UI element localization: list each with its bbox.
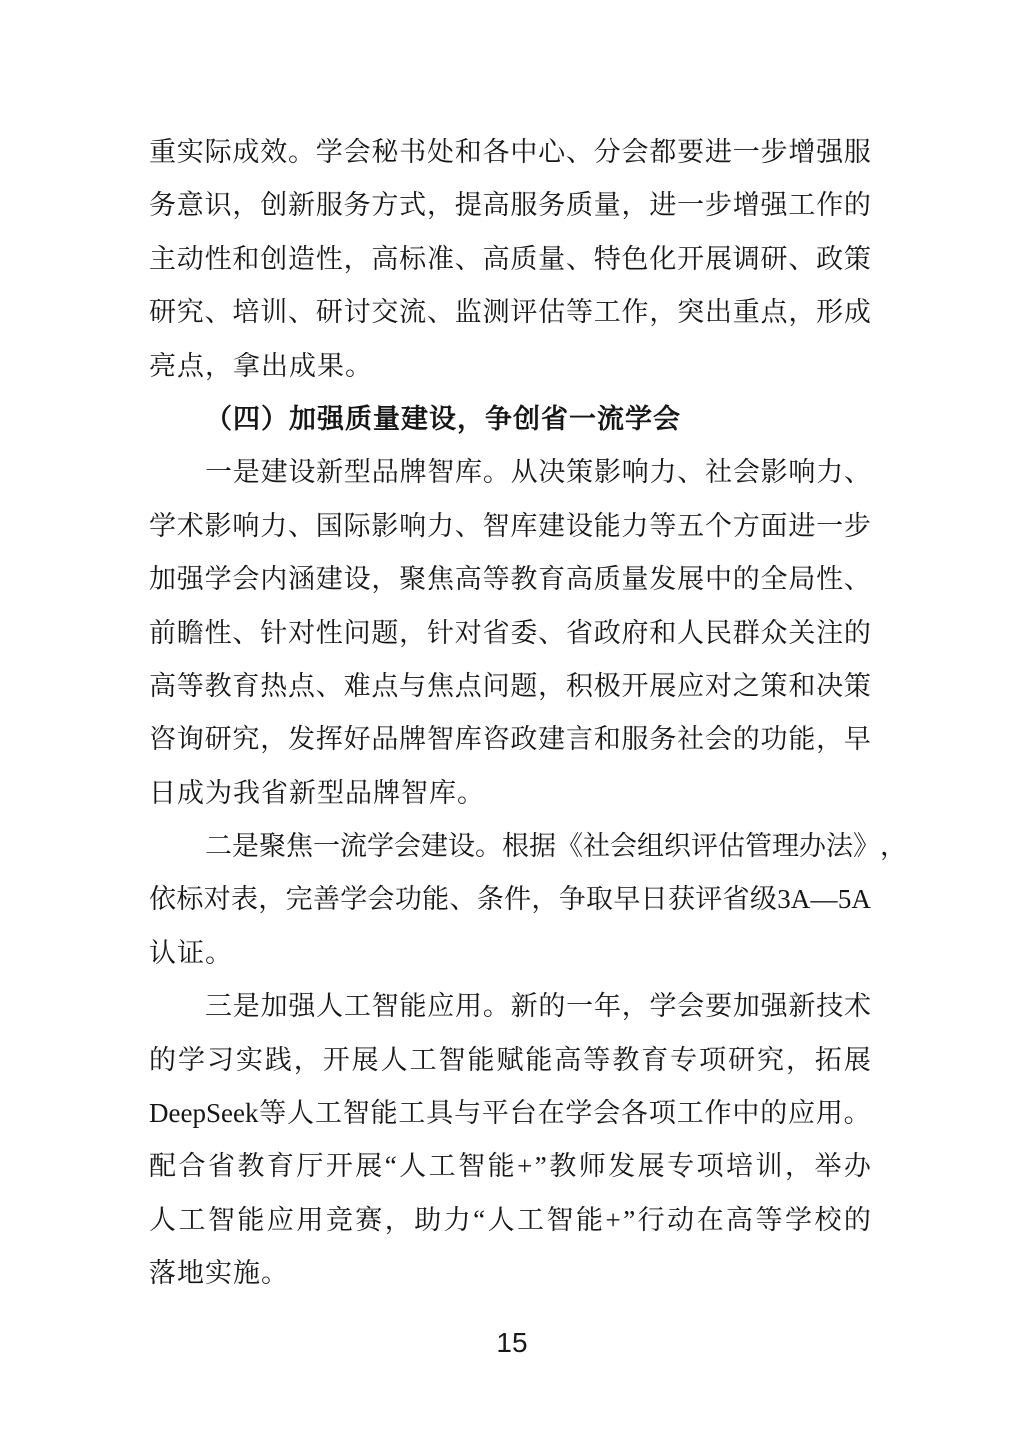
text-line: DeepSeek等人工智能工具与平台在学会各项工作中的应用。 bbox=[149, 1087, 871, 1140]
document-page: 重实际成效。学会秘书处和各中心、分会都要进一步增强服务意识，创新服务方式，提高服… bbox=[0, 0, 1024, 1448]
text-line: 主动性和创造性，高标准、高质量、特色化开展调研、政策 bbox=[149, 233, 871, 286]
text-line: 研究、培训、研讨交流、监测评估等工作，突出重点，形成 bbox=[149, 286, 871, 339]
text-line: 依标对表，完善学会功能、条件，争取早日获评省级3A—5A bbox=[149, 873, 871, 926]
page-number: 15 bbox=[0, 1326, 1024, 1360]
text-line: 人工智能应用竞赛，助力“人工智能+”行动在高等学校的 bbox=[149, 1194, 871, 1247]
text-line: 务意识，创新服务方式，提高服务质量，进一步增强工作的 bbox=[149, 179, 871, 232]
text-line: 落地实施。 bbox=[149, 1247, 871, 1300]
text-line: 学术影响力、国际影响力、智库建设能力等五个方面进一步 bbox=[149, 500, 871, 553]
text-line: 一是建设新型品牌智库。从决策影响力、社会影响力、 bbox=[149, 446, 871, 499]
text-line: 亮点，拿出成果。 bbox=[149, 340, 871, 393]
text-line: 高等教育热点、难点与焦点问题，积极开展应对之策和决策 bbox=[149, 660, 871, 713]
text-line: 三是加强人工智能应用。新的一年，学会要加强新技术 bbox=[149, 980, 871, 1033]
text-line: 咨询研究，发挥好品牌智库咨政建言和服务社会的功能，早 bbox=[149, 713, 871, 766]
text-line: 加强学会内涵建设，聚焦高等教育高质量发展中的全局性、 bbox=[149, 553, 871, 606]
text-line: 二是聚焦一流学会建设。根据《社会组织评估管理办法》， bbox=[149, 820, 871, 873]
text-line: 配合省教育厅开展“人工智能+”教师发展专项培训，举办 bbox=[149, 1140, 871, 1193]
text-line: 的学习实践，开展人工智能赋能高等教育专项研究，拓展 bbox=[149, 1034, 871, 1087]
text-line: 重实际成效。学会秘书处和各中心、分会都要进一步增强服 bbox=[149, 126, 871, 179]
text-line: 认证。 bbox=[149, 927, 871, 980]
document-body: 重实际成效。学会秘书处和各中心、分会都要进一步增强服务意识，创新服务方式，提高服… bbox=[149, 126, 871, 1301]
text-line: 日成为我省新型品牌智库。 bbox=[149, 767, 871, 820]
section-heading: （四）加强质量建设，争创省一流学会 bbox=[149, 393, 871, 446]
text-line: 前瞻性、针对性问题，针对省委、省政府和人民群众关注的 bbox=[149, 607, 871, 660]
